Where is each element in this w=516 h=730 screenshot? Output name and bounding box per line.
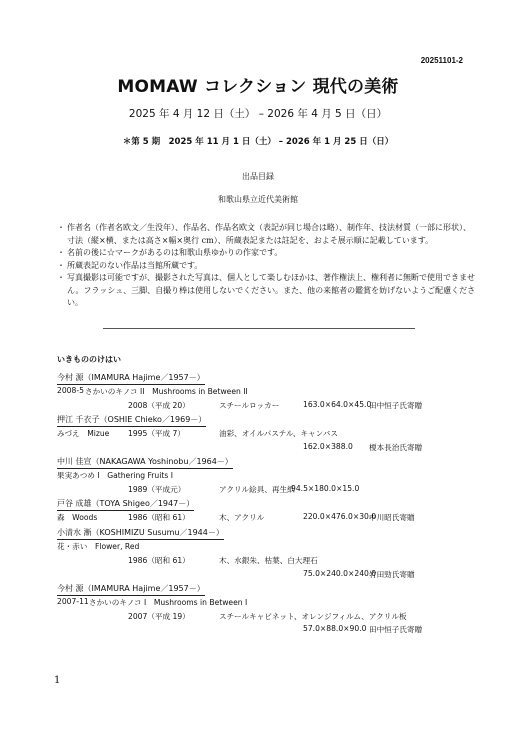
museum-name: 和歌山県立近代美術館	[0, 194, 516, 205]
artwork-row: 162.0×388.0 榎本長治氏寄贈	[0, 442, 516, 454]
artwork-credit: 田中恒子氏寄贈	[369, 624, 422, 635]
list-title: 出品目録	[0, 171, 516, 182]
artist-name: 戸谷 成雄（TOYA Shigeo／1947－）	[57, 498, 194, 511]
exhibition-term: ＊第 5 期 2025 年 11 月 1 日（土） – 2026 年 1 月 2…	[0, 135, 516, 147]
artwork-title: さかいのキノコ I Mushrooms in Between I	[89, 597, 247, 608]
note-text: 名前の後に☆マークがあるのは和歌山県ゆかりの作家です。	[67, 248, 282, 257]
note-item: ・作者名（作者名欧文／生没年）、作品名、作品名欧文（表記が同じ場合は略）、制作年…	[57, 222, 477, 247]
artwork-dimensions: 163.0×64.0×45.0	[303, 400, 371, 409]
artwork-row: 57.0×88.0×90.0 田中恒子氏寄贈	[0, 624, 516, 636]
artwork-row: 2008（平成 20） スチールロッカー 163.0×64.0×45.0 田中恒…	[0, 400, 516, 412]
note-text: 作者名（作者名欧文／生没年）、作品名、作品名欧文（表記が同じ場合は略）、制作年、…	[67, 223, 471, 245]
artwork-dimensions: 162.0×388.0	[303, 442, 353, 451]
divider	[103, 328, 415, 329]
artwork-year: 1986（昭和 61）	[128, 512, 190, 523]
artwork-material: 木、アクリル	[219, 512, 264, 523]
page-number: 1	[54, 675, 60, 686]
artwork-row: 森 Woods 1986（昭和 61） 木、アクリル 220.0×476.0×3…	[0, 512, 516, 524]
artwork-title: 果実あつめ I Gathering Fruits I	[57, 470, 173, 481]
note-item: ・名前の後に☆マークがあるのは和歌山県ゆかりの作家です。	[57, 247, 477, 260]
note-text: 所蔵表記のない作品は当館所蔵です。	[67, 261, 202, 270]
artwork-title: 森 Woods	[57, 512, 97, 523]
bullet: ・	[57, 272, 65, 285]
artwork-credit: 田中恒子氏寄贈	[369, 400, 422, 411]
bullet: ・	[57, 260, 65, 273]
artwork-row: 2007（平成 19） スチールキャビネット、オレンジフィルム、アクリル板	[0, 611, 516, 623]
artwork-row: 2007-11 さかいのキノコ I Mushrooms in Between I	[0, 597, 516, 609]
artist-name: 小清水 漸（KOSHIMIZU Susumu／1944－）	[57, 527, 224, 540]
artwork-title: 花・赤い Flower, Red	[57, 541, 139, 552]
artwork-material: スチールロッカー	[219, 400, 279, 411]
artist-name: 中川 佳宣（NAKAGAWA Yoshinobu／1964－）	[57, 456, 233, 469]
artwork-year: 2007（平成 19）	[128, 611, 190, 622]
artwork-year: 1995（平成 7）	[128, 428, 185, 439]
artwork-material: アクリル絵具、再生紙	[219, 484, 295, 495]
artwork-year: 1989（平成元）	[128, 484, 185, 495]
note-text: 写真撮影は可能ですが、撮影された写真は、個人として楽しむほかは、著作権法上、権利…	[67, 273, 475, 307]
artwork-row: 花・赤い Flower, Red	[0, 541, 516, 553]
artwork-dimensions: 94.5×180.0×15.0	[291, 484, 359, 493]
artwork-dimensions: 220.0×476.0×30.0	[303, 512, 376, 521]
artwork-year: 2008（平成 20）	[128, 400, 190, 411]
artwork-dimensions: 75.0×240.0×240.0	[303, 569, 376, 578]
note-item: ・写真撮影は可能ですが、撮影された写真は、個人として楽しむほかは、著作権法上、権…	[57, 272, 477, 310]
artwork-row: 1989（平成元） アクリル絵具、再生紙 94.5×180.0×15.0	[0, 484, 516, 496]
artwork-credit: 竹田勁氏寄贈	[369, 569, 415, 580]
artist-name: 今村 源（IMAMURA Hajime／1957－）	[57, 372, 205, 385]
artwork-row: 果実あつめ I Gathering Fruits I	[0, 470, 516, 482]
artwork-row: みづえ Mizue 1995（平成 7） 油彩、オイルパステル、キャンバス	[0, 428, 516, 440]
artwork-material: スチールキャビネット、オレンジフィルム、アクリル板	[219, 611, 407, 622]
artwork-year: 1986（昭和 61）	[128, 555, 190, 566]
artwork-material: 木、水銀朱、枯葉、白大理石	[219, 555, 318, 566]
artwork-dimensions: 57.0×88.0×90.0	[303, 624, 366, 633]
artwork-title: さかいのキノコ II Mushrooms in Between II	[85, 386, 248, 397]
accession-number: 2008-5	[57, 386, 84, 395]
artwork-material: 油彩、オイルパステル、キャンバス	[219, 428, 338, 439]
artwork-credit: 中川昭氏寄贈	[369, 512, 415, 523]
section-heading: いきもののけはい	[57, 354, 121, 365]
bullet: ・	[57, 247, 65, 260]
artwork-row: 75.0×240.0×240.0 竹田勁氏寄贈	[0, 569, 516, 581]
artist-name: 今村 源（IMAMURA Hajime／1957－）	[57, 583, 205, 596]
page-title: MOMAW コレクション 現代の美術	[0, 72, 516, 97]
accession-number: 2007-11	[57, 597, 89, 606]
note-item: ・所蔵表記のない作品は当館所蔵です。	[57, 260, 477, 273]
artwork-row: 2008-5 さかいのキノコ II Mushrooms in Between I…	[0, 386, 516, 398]
artwork-row: 1986（昭和 61） 木、水銀朱、枯葉、白大理石	[0, 555, 516, 567]
notes-list: ・作者名（作者名欧文／生没年）、作品名、作品名欧文（表記が同じ場合は略）、制作年…	[57, 222, 477, 310]
artist-name: 押江 千衣子（OSHIE Chieko／1969－）	[57, 414, 206, 427]
artwork-title: みづえ Mizue	[57, 428, 109, 439]
exhibition-period: 2025 年 4 月 12 日（土） – 2026 年 4 月 5 日（日）	[0, 106, 516, 121]
document-id: 20251101-2	[421, 56, 463, 65]
artwork-credit: 榎本長治氏寄贈	[369, 442, 422, 453]
bullet: ・	[57, 222, 65, 235]
